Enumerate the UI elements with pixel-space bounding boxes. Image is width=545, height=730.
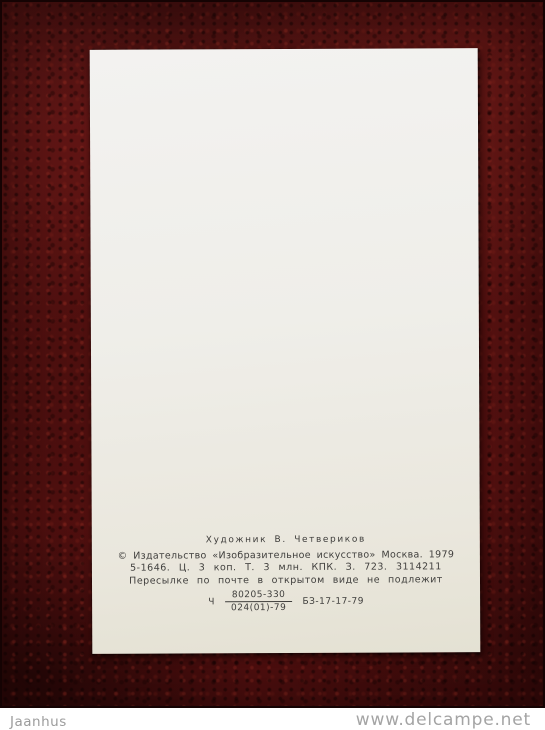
postcard-back: Художник В. Четвериков © Издательство «И… — [90, 48, 481, 654]
index-denominator: 024(01)-79 — [231, 602, 286, 614]
seller-watermark: Jaanhus — [10, 716, 67, 730]
postal-notice-line: Пересылке по почте в открытом виде не по… — [92, 574, 480, 587]
watermark-footer: Jaanhus www.delcampe.net — [0, 708, 545, 730]
index-prefix: Ч — [208, 597, 215, 607]
site-watermark: www.delcampe.net — [356, 712, 531, 729]
leather-background-photo: Художник В. Четвериков © Издательство «И… — [0, 0, 545, 708]
artist-credit-line: Художник В. Четвериков — [92, 534, 480, 546]
postcard-imprint-block: Художник В. Четвериков © Издательство «И… — [92, 534, 480, 614]
index-code: БЗ-17-17-79 — [302, 597, 364, 607]
photo-listing: Художник В. Четвериков © Издательство «И… — [0, 0, 545, 730]
index-code-row: Ч 80205-330 024(01)-79 БЗ-17-17-79 — [208, 590, 364, 614]
edition-print-info-line: 5-1646. Ц. 3 коп. Т. 3 млн. КПК. З. 723.… — [92, 561, 480, 574]
publisher-line: © Издательство «Изобразительное искусств… — [92, 549, 480, 562]
index-numerator: 80205-330 — [225, 590, 293, 603]
index-fraction: 80205-330 024(01)-79 — [225, 590, 293, 614]
